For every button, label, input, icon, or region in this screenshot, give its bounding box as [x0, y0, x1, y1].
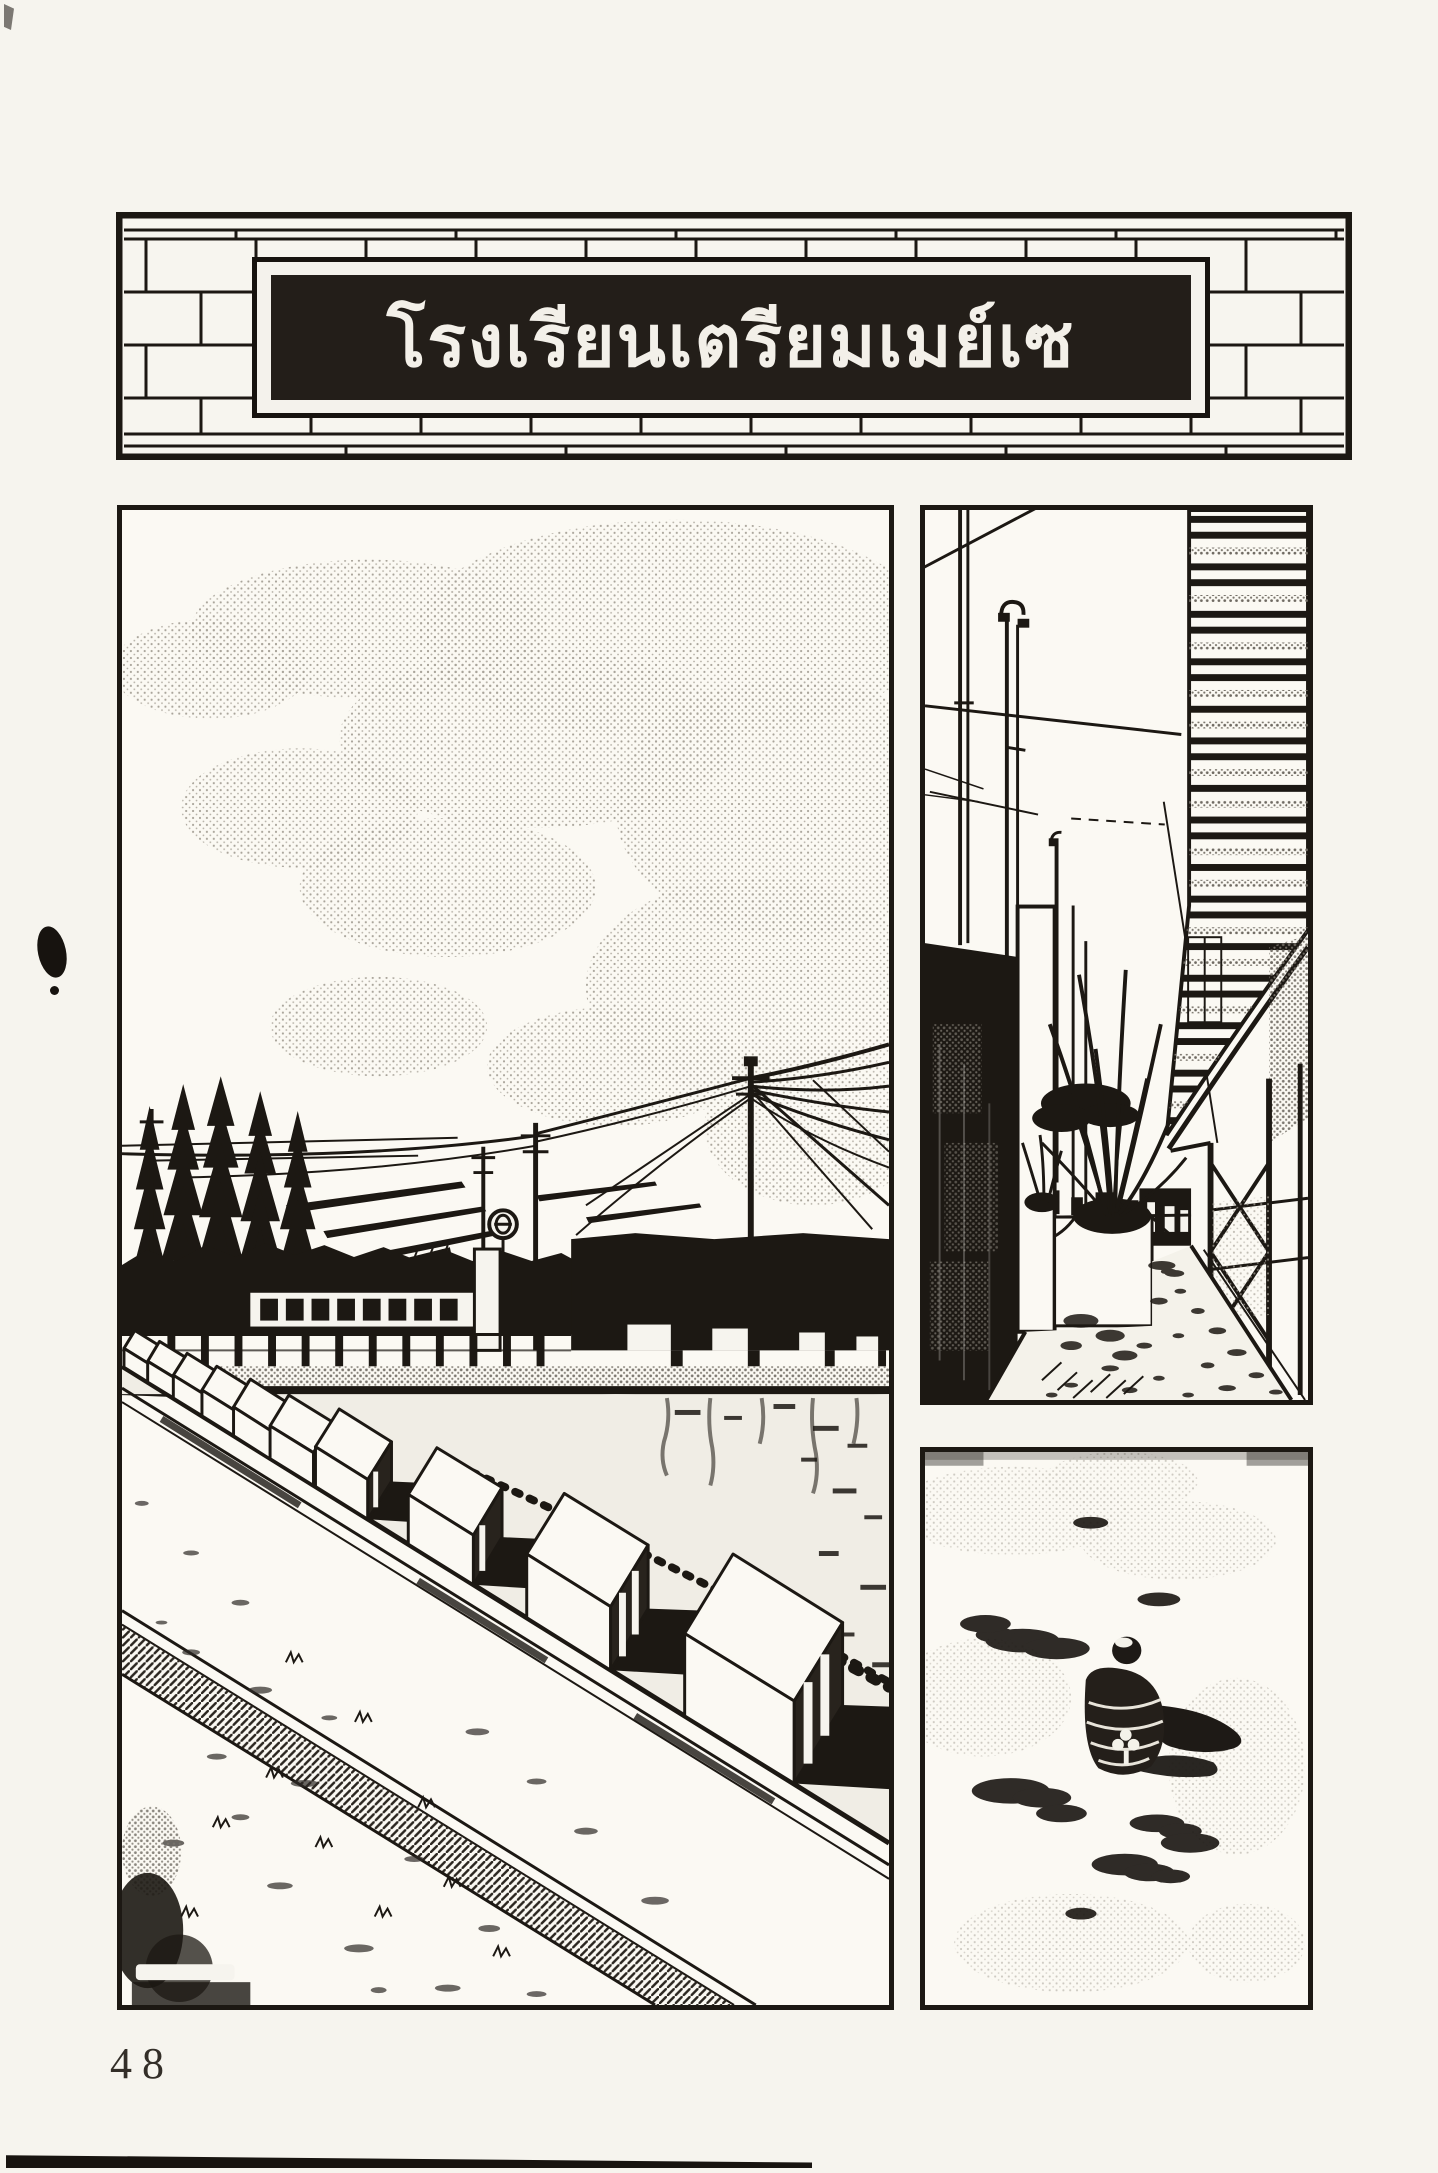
school-sign-text: โรงเรียนเตรียมเมย์เซ	[387, 299, 1076, 377]
knob-highlight	[1115, 1638, 1133, 1648]
top-right-smudge	[1247, 1452, 1308, 1466]
school-sign-plaque: โรงเรียนเตรียมเมย์เซ	[252, 257, 1210, 418]
corner-scan-mark	[4, 4, 14, 30]
bag-scene-panel	[920, 1447, 1313, 2010]
top-left-smudge	[925, 1452, 983, 1466]
walkway-scene-panel	[920, 505, 1313, 1405]
margin-ink-blob	[33, 924, 71, 981]
white-paint-bar	[136, 1964, 235, 1980]
wires	[925, 510, 1181, 824]
shadow-wall-left	[925, 943, 1018, 1400]
school-gate-header-panel: โรงเรียนเตรียมเมย์เซ	[116, 212, 1352, 460]
scan-artifact-bar	[6, 2152, 812, 2168]
hedge-and-roofline	[122, 1243, 576, 1334]
manga-page: โรงเรียนเตรียมเมย์เซ	[0, 0, 1438, 2173]
school-sign-board: โรงเรียนเตรียมเมย์เซ	[271, 275, 1191, 400]
margin-ink-dot	[50, 986, 59, 995]
pool-scene-panel	[117, 505, 894, 2010]
page-number: 48	[110, 2038, 174, 2089]
